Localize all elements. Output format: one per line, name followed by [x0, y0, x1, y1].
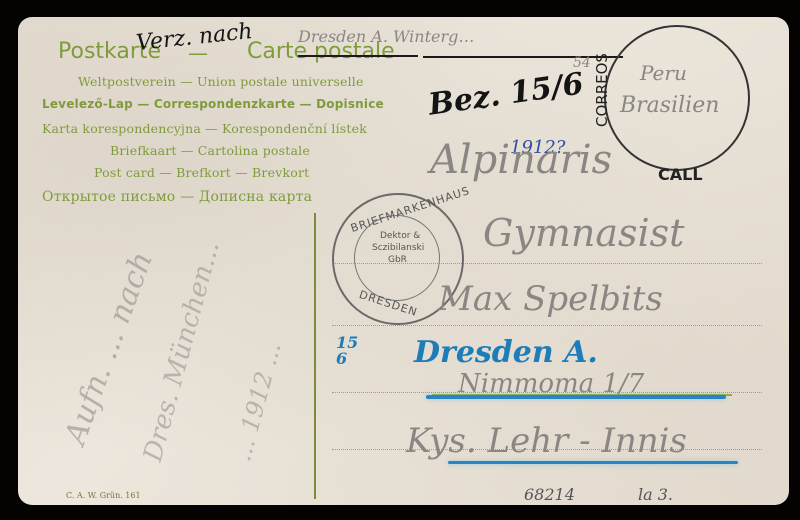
pencil-message-1: Aufn. ... nach — [58, 247, 160, 449]
printed-line-dutch: Briefkaart — Cartolina postale — [110, 143, 310, 158]
printer-mark: C. A. W. Grün. 161 — [66, 491, 141, 500]
vertical-divider — [314, 213, 316, 499]
strikeout-line — [298, 55, 418, 57]
postmark-call: CALL — [658, 165, 703, 184]
forward-date-month: 6 — [336, 349, 347, 368]
printed-line-polish: Karta korespondencyjna — Korespondenční … — [42, 121, 367, 136]
blue-strikeout — [426, 395, 726, 399]
catalog-number: 68214 — [524, 485, 575, 504]
dealer-stamp-center-3: GbR — [388, 255, 407, 265]
handwritten-date: Bez. 15/6 — [426, 66, 585, 122]
pencil-brasilien: Brasilien — [620, 93, 719, 118]
date-value: 15/6 — [508, 66, 586, 111]
pencil-peru: Peru — [640, 61, 687, 85]
forward-date: 15 6 — [336, 335, 358, 367]
forward-address: Dresden A. — [414, 335, 598, 370]
dealer-stamp-center-2: Sczibilanski — [372, 243, 424, 253]
postmark-correos: CORREOS — [593, 53, 611, 127]
pencil-address-line-2: Gymnasist — [483, 211, 684, 255]
printed-line-upu: Weltpostverein — Union postale universel… — [78, 74, 364, 89]
printed-line-hungarian: Levelező-Lap — Correspondenzkarte — Dopi… — [42, 97, 384, 111]
grade-note: la 3. — [638, 485, 673, 504]
pencil-address-line-5-struck: Kys. Lehr - Innis — [406, 421, 687, 461]
dealer-stamp-center-1: Dektor & — [380, 231, 420, 241]
address-line-2 — [332, 325, 762, 326]
printed-line-english: Post card — Brefkort — Brevkort — [94, 165, 309, 180]
pencil-message-3: ... 1912 ... — [228, 339, 287, 464]
pencil-struck-address: Dresden A. Winterg… — [298, 27, 474, 46]
blue-strikeout — [448, 461, 738, 464]
pencil-address-line-1: Alpinaris — [430, 137, 612, 183]
printed-line-russian: Открытое письмо — Дописна карта — [42, 189, 312, 205]
postcard: Postkarte — Carte postale Weltpostverein… — [18, 17, 789, 505]
pencil-address-line-3: Max Spelbits — [438, 279, 663, 319]
